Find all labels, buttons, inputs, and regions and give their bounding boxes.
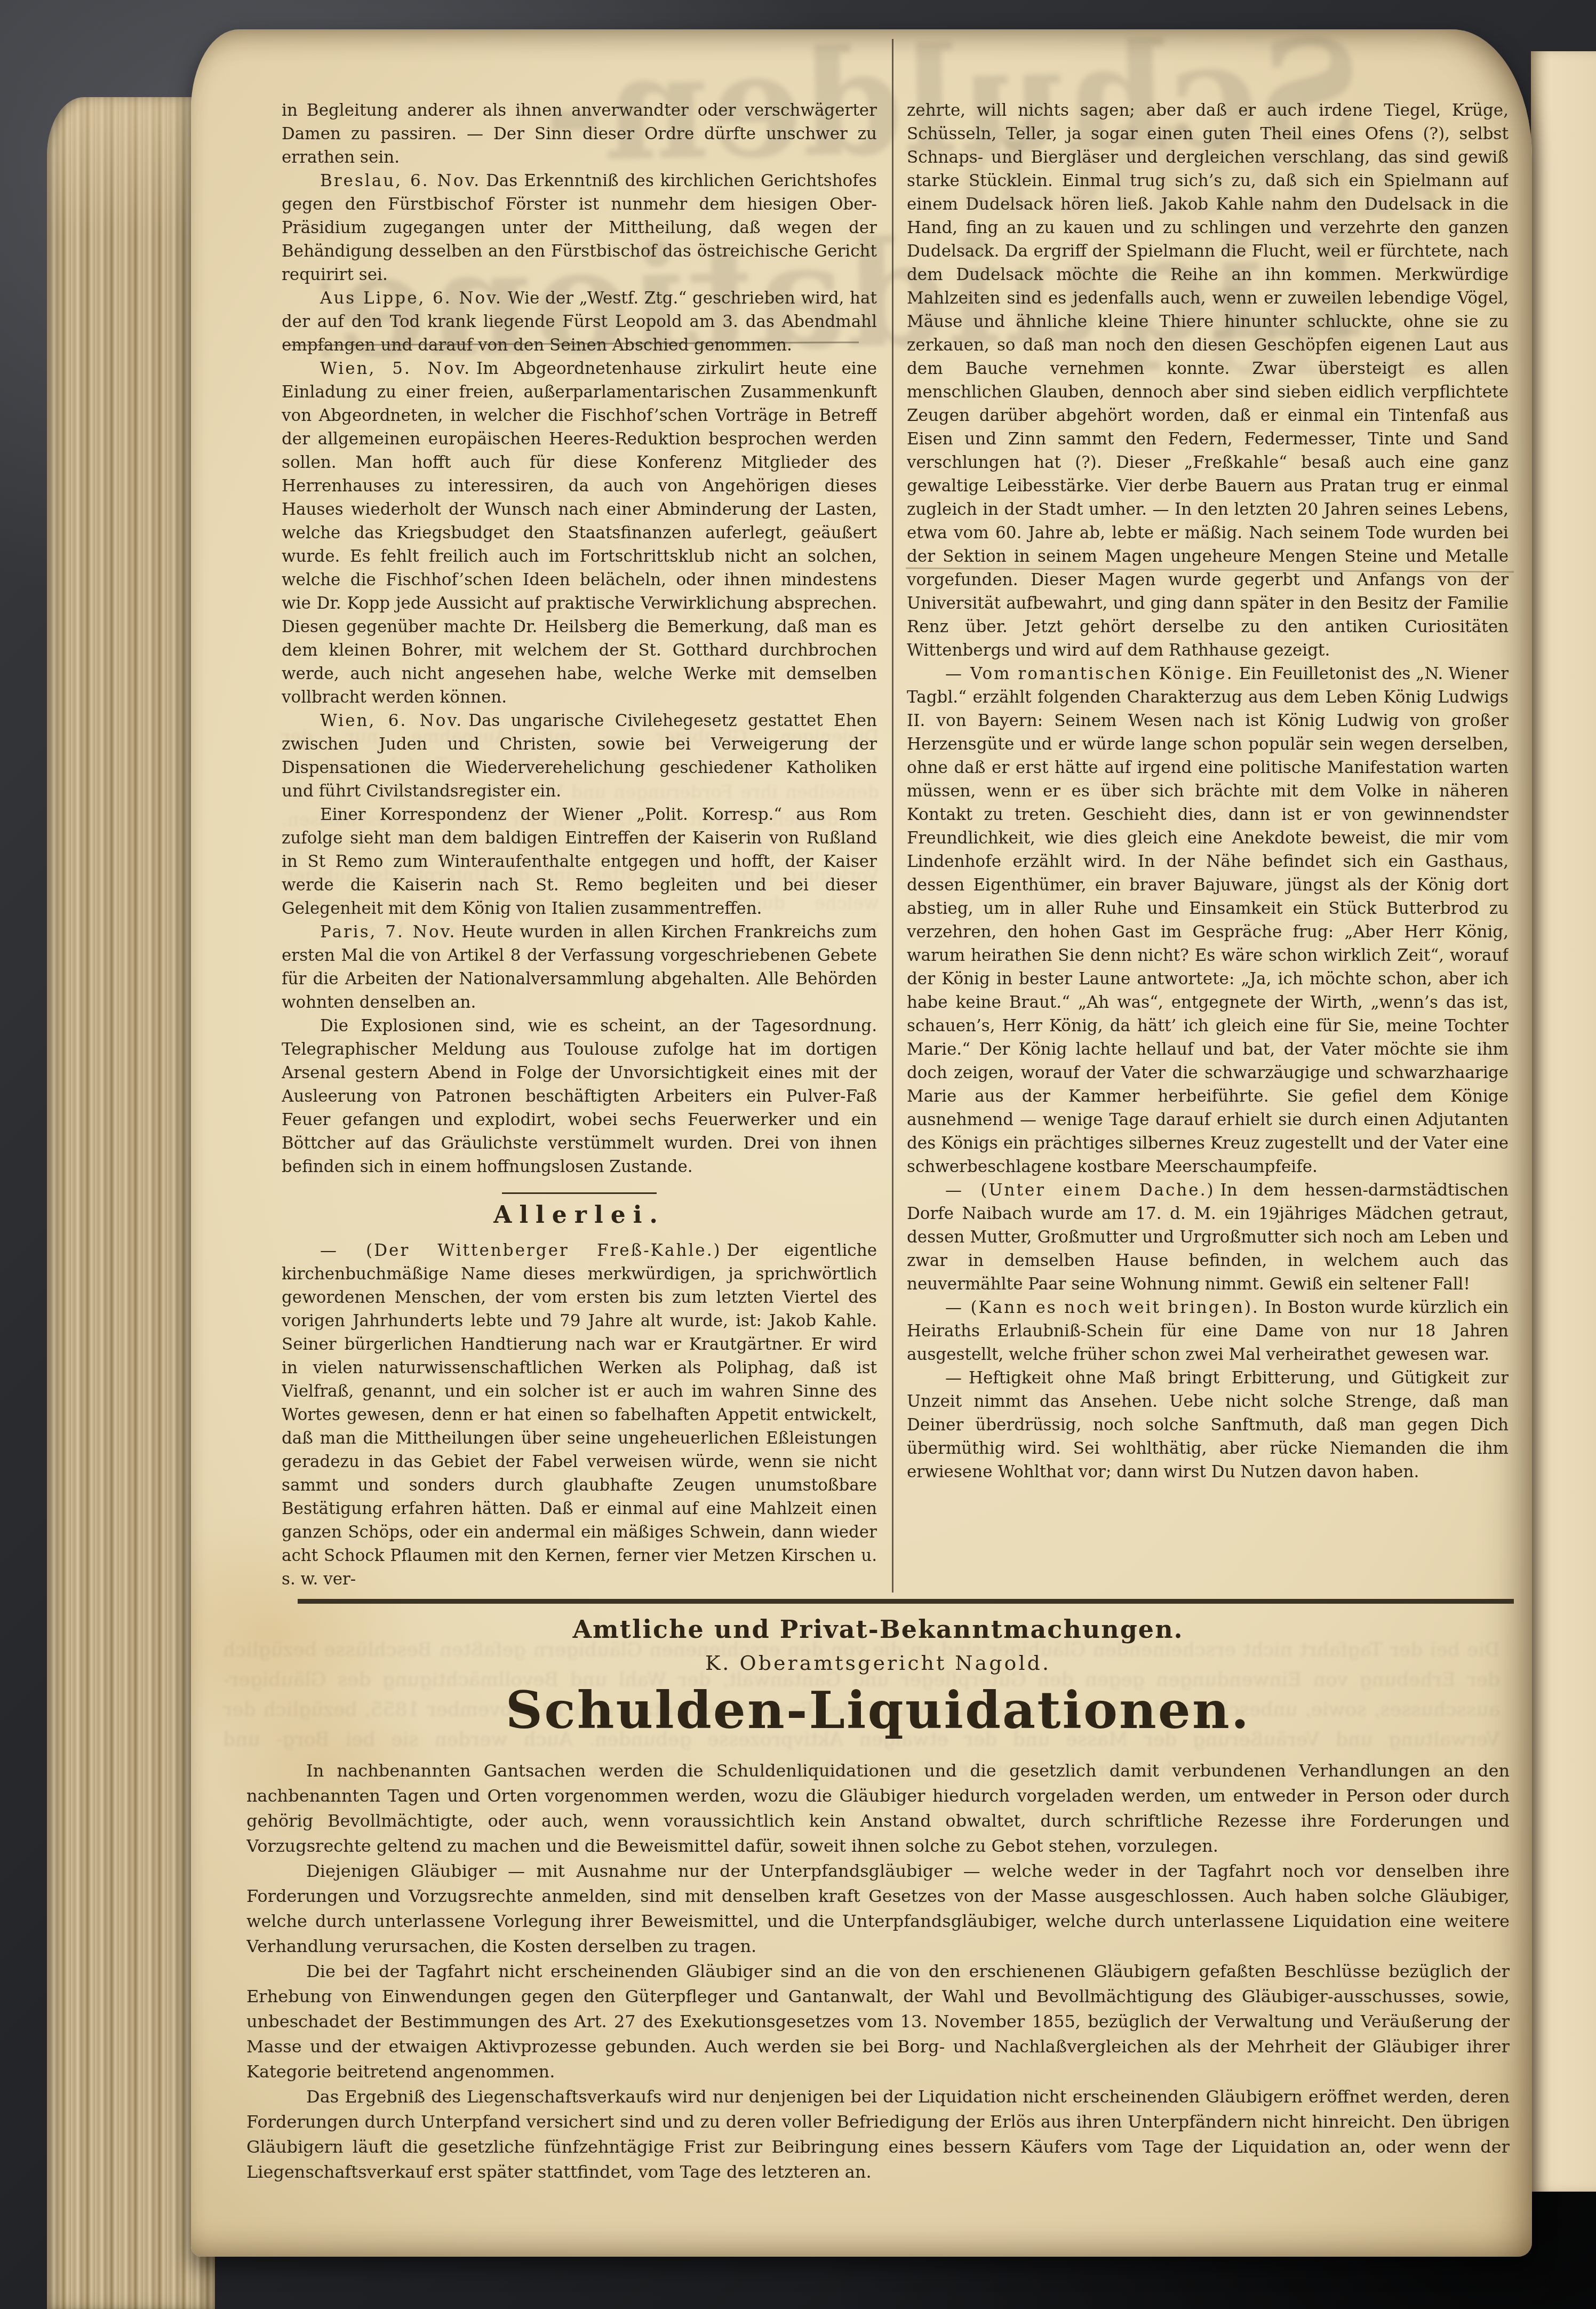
article-lead-in: — (Unter einem Dache.) [945, 1181, 1215, 1200]
paragraph-text: Der eigentliche kirchenbuchmäßige Name d… [282, 1241, 877, 1589]
article-paragraph: Aus Lippe, 6. Nov.Wie der „Westf. Ztg.“ … [282, 286, 877, 357]
paragraph-text: Heftigkeit ohne Maß bringt Erbitterung, … [907, 1368, 1509, 1482]
article-paragraph: —Heftigkeit ohne Maß bringt Erbitterung,… [907, 1366, 1509, 1484]
dateline: Wien, 6. Nov. [320, 711, 463, 730]
dateline: Paris, 7. Nov. [320, 922, 456, 942]
paragraph-text: Einer Korrespondenz der Wiener „Polit. K… [282, 805, 877, 918]
book-page-edges [47, 97, 215, 2309]
article-paragraph: Wien, 6. Nov.Das ungarische Civilehegese… [282, 709, 877, 803]
article-paragraph: Paris, 7. Nov.Heute wurden in allen Kirc… [282, 920, 877, 1014]
announcement-paragraph: Diejenigen Gläubiger — mit Ausnahme nur … [246, 1859, 1510, 1959]
article-lead-in: — (Der Wittenberger Freß-Kahle.) [320, 1241, 722, 1260]
article-lead-in: — [945, 1368, 963, 1388]
section-rule [298, 1599, 1514, 1604]
section-divider-rule [502, 1192, 657, 1194]
court-name: K. Oberamtsgericht Nagold. [246, 1651, 1510, 1675]
article-paragraph: — (Unter einem Dache.)In dem hessen-darm… [907, 1179, 1509, 1296]
announcement-paragraph: Das Ergebniß des Liegenschaftsverkaufs w… [246, 2084, 1510, 2185]
dateline: Aus Lippe, 6. Nov. [320, 289, 502, 308]
column-divider-rule [892, 39, 893, 1593]
paragraph-text: in Begleitung anderer als ihnen anverwan… [282, 101, 877, 167]
book-photo: Schulden-Liquidationen. Amtliche und Pri… [0, 0, 1596, 2309]
paragraph-text: Die Explosionen sind, wie es scheint, an… [282, 1016, 877, 1176]
article-paragraph: — (Kann es noch weit bringen).In Boston … [907, 1296, 1509, 1366]
article-paragraph: Wien, 5. Nov.Im Abgeordnetenhause zirkul… [282, 357, 877, 709]
newspaper-page: Schulden-Liquidationen. Amtliche und Pri… [191, 29, 1532, 2257]
announcements-rubric: Amtliche und Privat-Bekanntmachungen. [246, 1615, 1510, 1644]
dateline: Breslau, 6. Nov. [320, 171, 481, 190]
article-lead-in: — (Kann es noch weit bringen). [945, 1298, 1259, 1317]
right-column: zehrte, will nichts sagen; aber daß er a… [907, 99, 1509, 1598]
announcement-paragraph: Die bei der Tagfahrt nicht erscheinenden… [246, 1959, 1510, 2084]
announcement-paragraph: In nachbenannten Gantsachen werden die S… [246, 1758, 1510, 1859]
article-paragraph: Breslau, 6. Nov.Das Erkenntniß des kirch… [282, 169, 877, 286]
paragraph-text: Im Abgeordnetenhause zirkulirt heute ein… [282, 359, 877, 707]
announcements-title: Schulden-Liquidationen. [246, 1680, 1510, 1740]
paragraph-text: Ein Feuilletonist des „N. Wiener Tagbl.“… [907, 664, 1509, 1176]
article-paragraph: — Vom romantischen Könige.Ein Feuilleton… [907, 662, 1509, 1179]
paragraph-text: zehrte, will nichts sagen; aber daß er a… [907, 101, 1509, 660]
facing-page-sliver [1531, 51, 1596, 2192]
left-column: in Begleitung anderer als ihnen anverwan… [282, 99, 877, 1598]
article-paragraph: Einer Korrespondenz der Wiener „Polit. K… [282, 803, 877, 920]
article-paragraph: zehrte, will nichts sagen; aber daß er a… [907, 99, 1509, 662]
section-heading-allerlei: Allerlei. [282, 1204, 877, 1227]
announcements-section: Amtliche und Privat-Bekanntmachungen. K.… [246, 1615, 1510, 2193]
article-paragraph: in Begleitung anderer als ihnen anverwan… [282, 99, 877, 169]
article-paragraph: — (Der Wittenberger Freß-Kahle.)Der eige… [282, 1239, 877, 1591]
article-paragraph: Die Explosionen sind, wie es scheint, an… [282, 1014, 877, 1179]
article-lead-in: — Vom romantischen Könige. [945, 664, 1234, 683]
dateline: Wien, 5. Nov. [320, 359, 471, 378]
